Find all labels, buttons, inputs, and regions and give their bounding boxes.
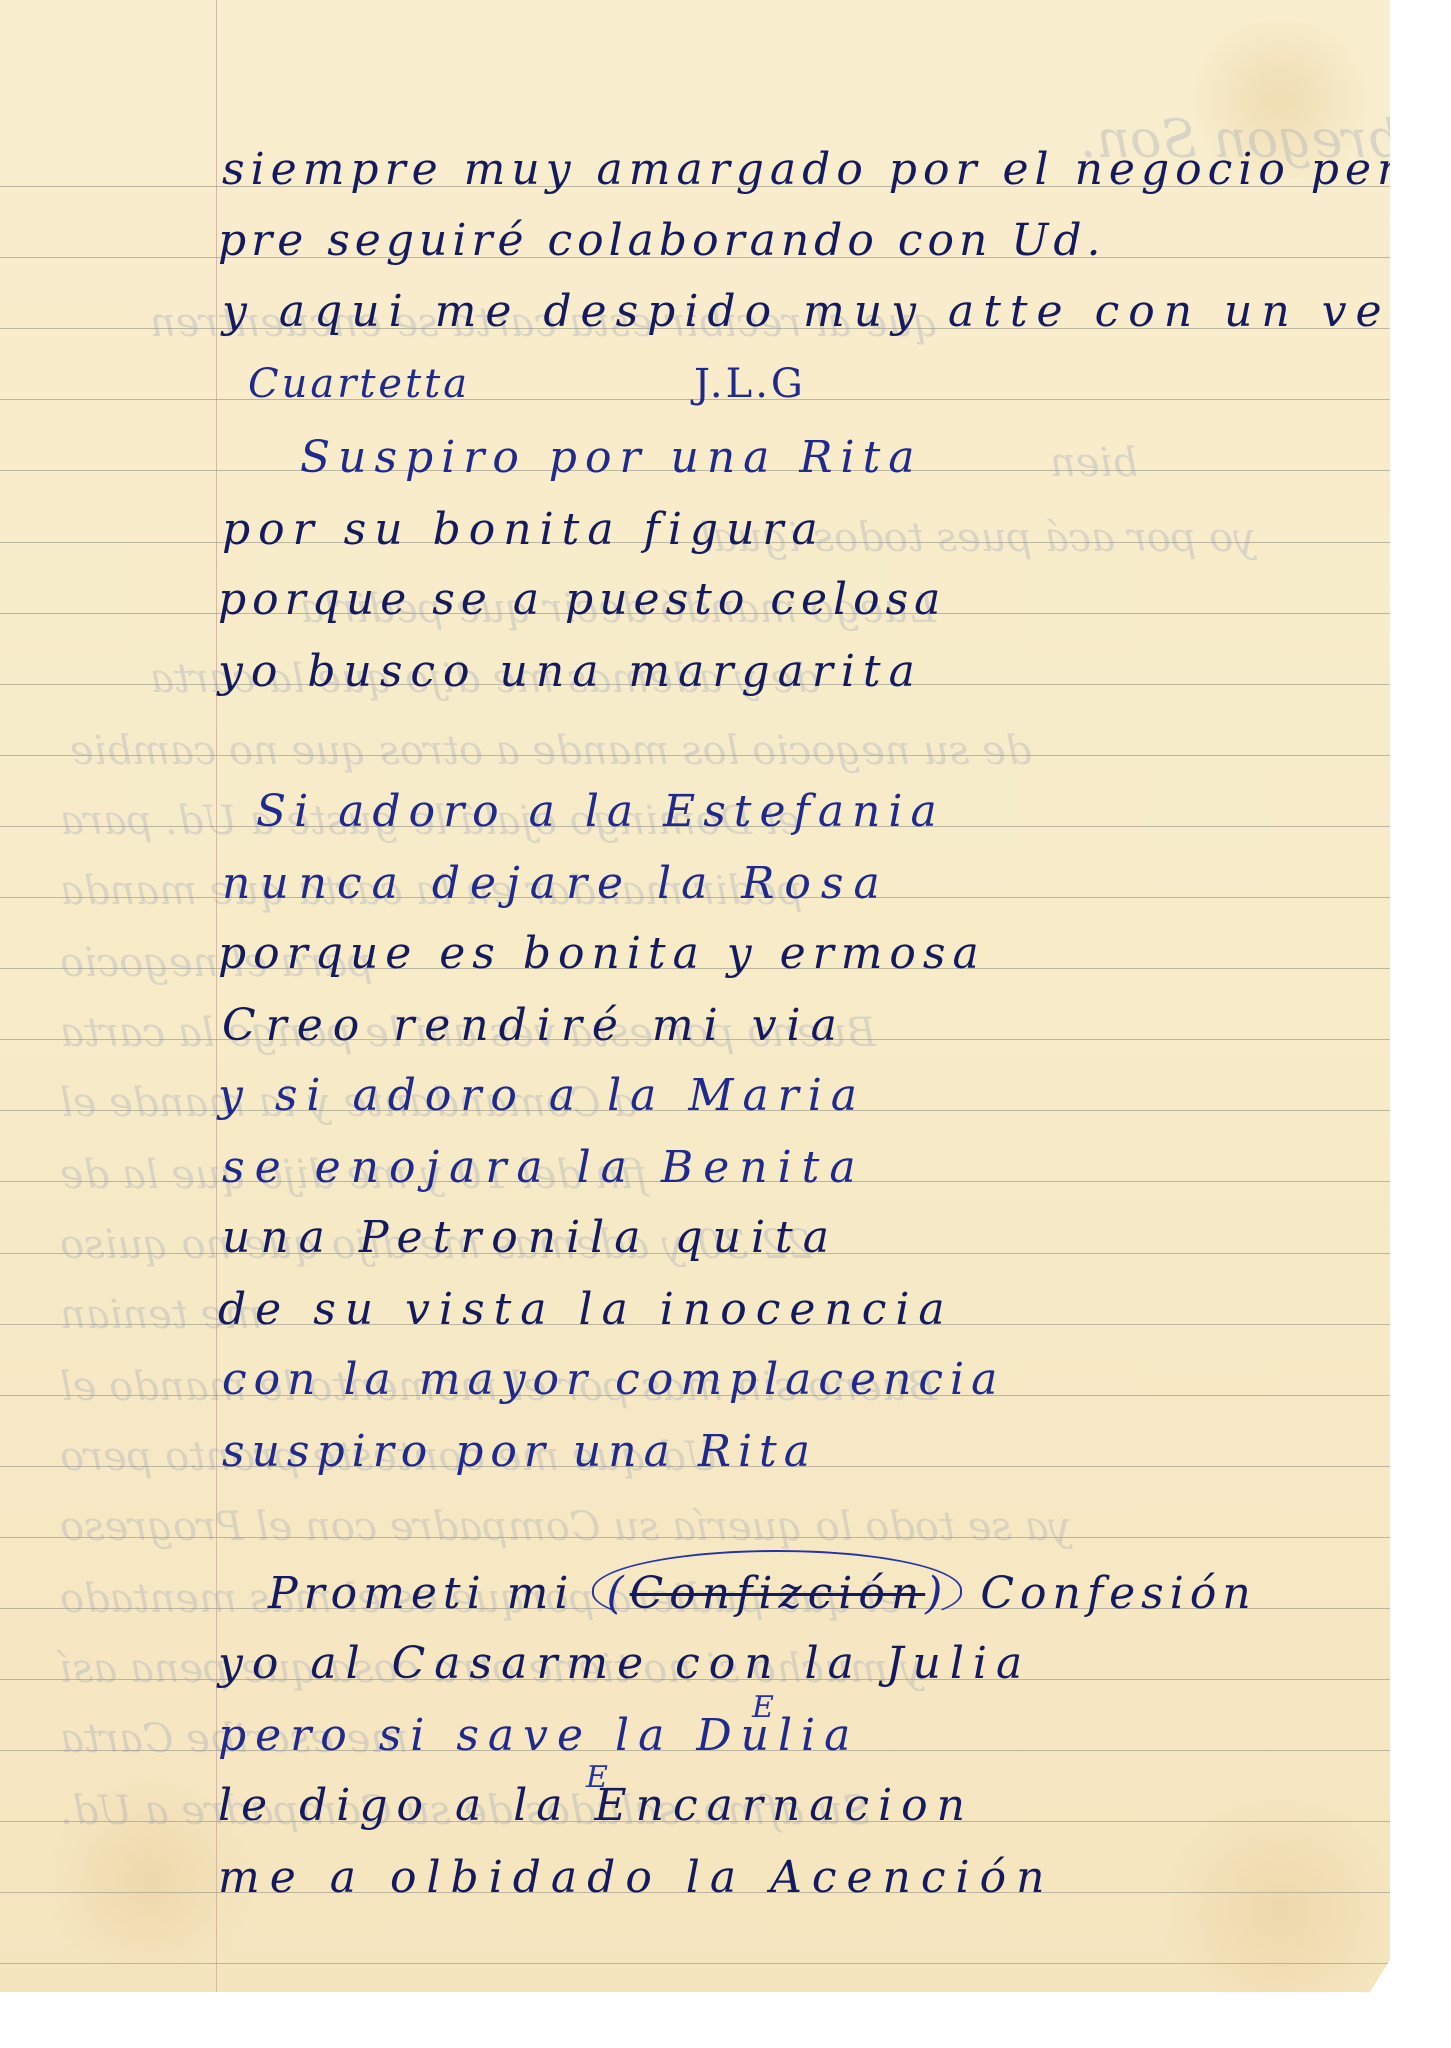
- verse-line: porque es bonita y ermosa: [218, 932, 986, 976]
- ruled-line: [0, 1963, 1390, 1964]
- verse-line: se enojara la Benita: [222, 1146, 866, 1190]
- insertion-mark: E: [586, 1760, 608, 1795]
- bleed-line: de su negocio los mande a otros que no c…: [70, 728, 1031, 774]
- verse-line: nunca dejare la Rosa: [222, 862, 890, 906]
- author-initials: J.L.G: [694, 364, 806, 404]
- verse-line: una Petronila quita: [222, 1216, 839, 1260]
- margin-line: [216, 0, 217, 1992]
- letter-paper: Ciudad Obregon Son. que al recibir esta …: [0, 0, 1390, 1992]
- closing-line: y aqui me despido muy atte con un verso: [222, 290, 1451, 334]
- verse-line: yo busco una margarita: [218, 650, 923, 694]
- verse-line: con la mayor complacencia: [222, 1358, 1004, 1402]
- bleed-line: bien: [1050, 440, 1138, 486]
- closing-line: pre seguiré colaborando con Ud.: [218, 219, 1106, 263]
- verse-label: Cuartetta: [248, 364, 470, 404]
- verse-line: porque se a puesto celosa: [218, 578, 946, 622]
- verse-line: Suspiro por una Rita: [300, 436, 923, 480]
- corrected-word: Confesión: [980, 1568, 1256, 1619]
- verse-line: me a olbidado la Acención: [218, 1856, 1054, 1900]
- ruled-line: [0, 1537, 1390, 1538]
- bleed-line: ya se todo lo quería su Compadre con el …: [60, 1504, 1071, 1550]
- closing-line: siempre muy amargado por el negocio pero…: [222, 148, 1451, 192]
- verse-line: y si adoro a la Maria: [218, 1074, 866, 1118]
- verse-line: Si adoro a la Estefania: [256, 790, 945, 834]
- verse-line: suspiro por una Rita: [222, 1430, 817, 1474]
- verse-line: de su vista la inocencia: [218, 1288, 954, 1332]
- verse-line: yo al Casarme con la Julia: [218, 1642, 1031, 1686]
- verse-line-with-correction: Prometi mi(Confizción)Confesión: [268, 1572, 1257, 1616]
- ruled-line: [0, 755, 1390, 756]
- correction-circle: [592, 1550, 962, 1630]
- verse-line: Creo rendiré mi via: [222, 1004, 847, 1048]
- verse-line: por su bonita figura: [222, 508, 826, 552]
- crossed-out-word: (Confizción): [600, 1572, 954, 1616]
- verse-text: Prometi mi: [268, 1568, 574, 1619]
- paper-stain: [1150, 1800, 1410, 2020]
- insertion-mark: E: [752, 1690, 774, 1725]
